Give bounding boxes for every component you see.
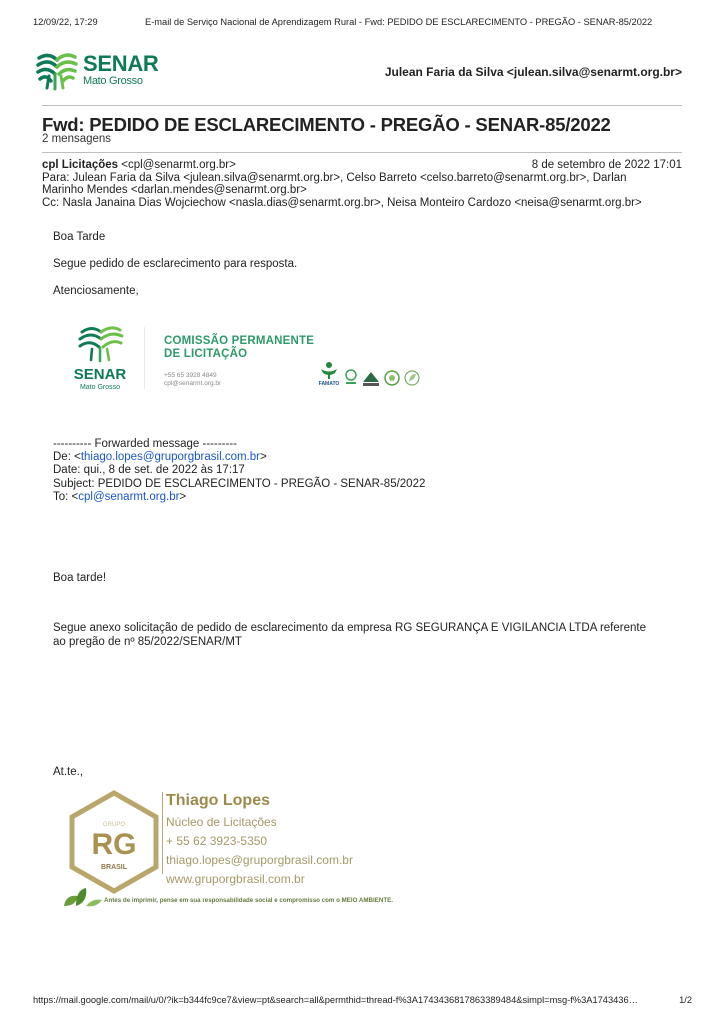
eco-note: Antes de imprimir, pense em sua responsa… <box>104 897 393 904</box>
forwarded-from-email-link[interactable]: thiago.lopes@gruporgbrasil.com.br <box>81 451 260 463</box>
svg-text:Mato Grosso: Mato Grosso <box>80 384 120 391</box>
cpl-signature: SENAR Mato Grosso COMISSÃO PERMANENTE DE… <box>72 322 432 394</box>
cc-recipients: Cc: Nasla Janaina Dias Wojciechow <nasla… <box>42 197 682 210</box>
signature-email: thiago.lopes@gruporgbrasil.com.br <box>166 853 353 867</box>
signature-phone: +55 65 3928 4849 <box>164 372 221 380</box>
forwarded-body: Segue anexo solicitação de pedido de esc… <box>53 622 646 649</box>
forwarded-closing: At.te., <box>53 766 83 779</box>
forwarded-date: Date: qui., 8 de set. de 2022 às 17:17 <box>53 464 425 477</box>
to-recipients-cont: Marinho Mendes <darlan.mendes@senarmt.or… <box>42 184 682 197</box>
forwarded-to-email-link[interactable]: cpl@senarmt.org.br <box>78 491 179 503</box>
signature-divider <box>162 792 163 874</box>
senar-logo: SENAR Mato Grosso <box>35 48 159 92</box>
svg-text:BRASIL: BRASIL <box>101 864 128 871</box>
signature-divider <box>144 327 145 389</box>
print-url: https://mail.google.com/mail/u/0/?ik=b34… <box>33 995 638 1005</box>
fieh-logo-icon <box>362 370 380 386</box>
forwarded-separator: ---------- Forwarded message --------- <box>53 438 425 451</box>
body-greeting: Boa Tarde <box>53 231 105 244</box>
signature-website: www.gruporgbrasil.com.br <box>166 872 305 886</box>
signature-email: cpl@senarmt.org.br <box>164 380 221 388</box>
thread-subject: Fwd: PEDIDO DE ESCLARECIMENTO - PREGÃO -… <box>42 114 611 136</box>
to-recipients: Para: Julean Faria da Silva <julean.silv… <box>42 172 682 185</box>
print-datetime: 12/09/22, 17:29 <box>33 17 98 27</box>
signature-contact: +55 65 3928 4849 cpl@senarmt.org.br <box>164 372 221 388</box>
body-line: Segue pedido de esclarecimento para resp… <box>53 258 297 271</box>
print-page-title: E-mail de Serviço Nacional de Aprendizag… <box>145 17 652 27</box>
message-date: 8 de setembro de 2022 17:01 <box>532 159 682 172</box>
divider <box>42 152 682 153</box>
rg-brasil-logo-icon: GRUPO RG BRASIL <box>66 790 162 894</box>
forwarded-from: De: <thiago.lopes@gruporgbrasil.com.br> <box>53 451 425 464</box>
account-label: Julean Faria da Silva <julean.silva@sena… <box>385 65 682 79</box>
message-header: cpl Licitações <cpl@senarmt.org.br> 8 de… <box>42 159 682 209</box>
divider <box>42 105 682 106</box>
signature-department: Núcleo de Licitações <box>166 815 277 829</box>
senar-leaf-logo-icon <box>35 48 79 92</box>
famato-logo-icon: FAMATO <box>318 360 340 386</box>
forwarded-subject: Subject: PEDIDO DE ESCLARECIMENTO - PREG… <box>53 478 425 491</box>
svg-text:FAMATO: FAMATO <box>319 381 340 386</box>
svg-text:SENAR: SENAR <box>74 366 126 383</box>
leaves-icon <box>62 886 104 910</box>
seal-logo-icon <box>384 370 400 386</box>
body-closing: Atenciosamente, <box>53 285 139 298</box>
signature-name: Thiago Lopes <box>166 792 270 810</box>
forwarded-header-block: ---------- Forwarded message --------- D… <box>53 438 425 504</box>
forwarded-greeting: Boa tarde! <box>53 572 106 585</box>
leaf-seal-logo-icon <box>404 370 420 386</box>
page-number: 1/2 <box>679 995 692 1005</box>
signature-title: COMISSÃO PERMANENTE DE LICITAÇÃO <box>164 335 314 361</box>
senar-small-logo-icon <box>344 368 358 386</box>
sender-name: cpl Licitações <box>42 159 118 171</box>
sender-email: <cpl@senarmt.org.br> <box>121 159 236 171</box>
forwarded-to: To: <cpl@senarmt.org.br> <box>53 491 425 504</box>
rg-signature: GRUPO RG BRASIL Thiago Lopes Núcleo de L… <box>62 784 482 914</box>
message-count: 2 mensagens <box>42 133 111 145</box>
partner-logos: FAMATO <box>318 360 420 386</box>
senar-signature-logo-icon: SENAR Mato Grosso <box>74 322 130 394</box>
svg-text:RG: RG <box>92 828 137 861</box>
logo-region: Mato Grosso <box>83 76 159 87</box>
logo-brand: SENAR <box>83 53 159 75</box>
signature-phone: + 55 62 3923-5350 <box>166 834 267 848</box>
